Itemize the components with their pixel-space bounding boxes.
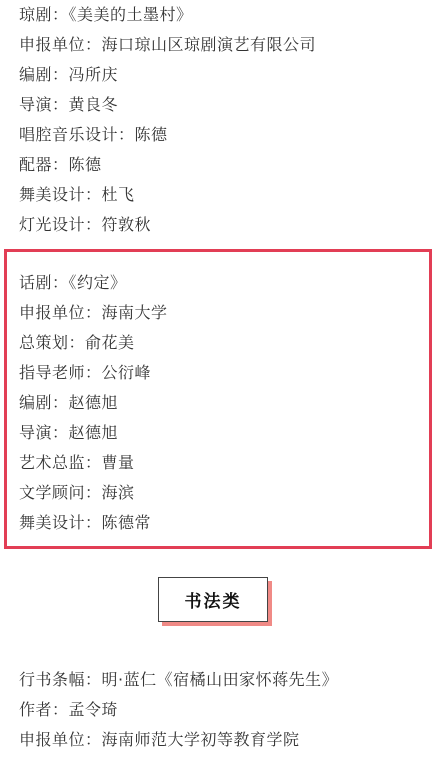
huaju-stage-design: 舞美设计：陈德常 — [19, 508, 168, 538]
qiongju-director: 导演：黄良冬 — [19, 90, 316, 120]
huaju-applicant: 申报单位：海南大学 — [19, 298, 168, 328]
huaju-entry: 话剧：《约定》 申报单位：海南大学 总策划：俞花美 指导老师：公衍峰 编剧：赵德… — [19, 268, 168, 538]
huaju-art-director: 艺术总监：曹量 — [19, 448, 168, 478]
qiongju-lighting-design: 灯光设计：符敦秋 — [19, 210, 316, 240]
huaju-literary-advisor: 文学顾问：海滨 — [19, 478, 168, 508]
qiongju-playwright: 编剧：冯所庆 — [19, 60, 316, 90]
qiongju-vocal-music-design: 唱腔音乐设计：陈德 — [19, 120, 316, 150]
calligraphy-applicant: 申报单位：海南师范大学初等教育学院 — [19, 725, 338, 755]
qiongju-stage-design: 舞美设计：杜飞 — [19, 180, 316, 210]
qiongju-entry: 琼剧：《美美的土墨村》 申报单位：海口琼山区琼剧演艺有限公司 编剧：冯所庆 导演… — [19, 0, 316, 240]
calligraphy-title: 行书条幅：明·蓝仁《宿橘山田家怀蒋先生》 — [19, 665, 338, 695]
calligraphy-section-button[interactable]: 书法类 — [158, 577, 268, 622]
qiongju-orchestration: 配器：陈德 — [19, 150, 316, 180]
qiongju-title: 琼剧：《美美的土墨村》 — [19, 0, 316, 30]
calligraphy-author: 作者：孟令琦 — [19, 695, 338, 725]
huaju-title: 话剧：《约定》 — [19, 268, 168, 298]
calligraphy-section-label: 书法类 — [185, 587, 242, 612]
huaju-director: 导演：赵德旭 — [19, 418, 168, 448]
calligraphy-entry: 行书条幅：明·蓝仁《宿橘山田家怀蒋先生》 作者：孟令琦 申报单位：海南师范大学初… — [19, 665, 338, 755]
huaju-playwright: 编剧：赵德旭 — [19, 388, 168, 418]
qiongju-applicant: 申报单位：海口琼山区琼剧演艺有限公司 — [19, 30, 316, 60]
huaju-advisor: 指导老师：公衍峰 — [19, 358, 168, 388]
huaju-chief-planner: 总策划：俞花美 — [19, 328, 168, 358]
